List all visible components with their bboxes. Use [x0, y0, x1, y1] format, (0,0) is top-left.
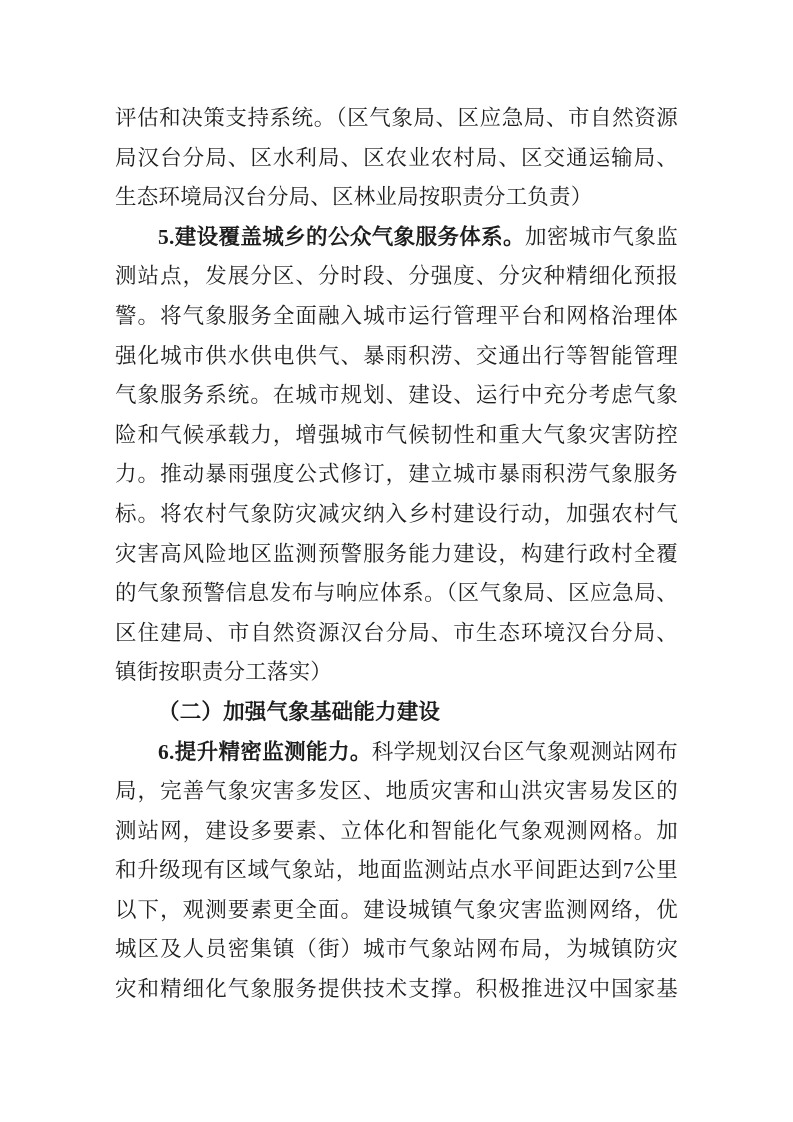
text-line: 6.提升精密监测能力。科学规划汉台区气象观测站网布 — [115, 733, 678, 773]
text-line: 测站点，发展分区、分时段、分强度、分灾种精细化预报预 — [115, 257, 678, 297]
text-line: 区住建局、市自然资源汉台分局、市生态环境汉台分局、各 — [115, 614, 678, 654]
text-segment: 局，完善气象灾害多发区、地质灾害和山洪灾害易发区的观 — [115, 779, 678, 812]
text-segment: 局汉台分局、区水利局、区农业农村局、区交通运输局、市 — [115, 146, 678, 179]
document-page: 评估和决策支持系统。（区气象局、区应急局、市自然资源局汉台分局、区水利局、区农业… — [0, 0, 793, 1122]
text-block: 评估和决策支持系统。（区气象局、区应急局、市自然资源局汉台分局、区水利局、区农业… — [115, 99, 678, 1010]
text-line: 灾害高风险地区监测预警服务能力建设，构建行政村全覆盖 — [115, 535, 678, 575]
text-line: 的气象预警信息发布与响应体系。（区气象局、区应急局、 — [115, 574, 678, 614]
text-line: 险和气候承载力，增强城市气候韧性和重大气象灾害防控能 — [115, 416, 678, 456]
text-segment: 灾害高风险地区监测预警服务能力建设，构建行政村全覆盖 — [115, 542, 678, 575]
text-segment: 测站点，发展分区、分时段、分强度、分灾种精细化预报预 — [115, 264, 678, 297]
text-segment: 城区及人员密集镇（街）城市气象站网布局，为城镇防灾减 — [115, 937, 678, 970]
text-line: 灾和精细化气象服务提供技术支撑。积极推进汉中国家基本 — [115, 970, 678, 1010]
text-line: 警。将气象服务全面融入城市运行管理平台和网格治理体系， — [115, 297, 678, 337]
text-segment: 力。推动暴雨强度公式修订，建立城市暴雨积涝气象服务指 — [115, 462, 678, 495]
text-segment: 科学规划汉台区气象观测站网布 — [372, 740, 678, 764]
text-segment: 评估和决策支持系统。（区气象局、区应急局、市自然资源 — [115, 106, 678, 130]
text-line: 局汉台分局、区水利局、区农业农村局、区交通运输局、市 — [115, 139, 678, 179]
text-line: 5.建设覆盖城乡的公众气象服务体系。加密城市气象监 — [115, 218, 678, 258]
text-line: 城区及人员密集镇（街）城市气象站网布局，为城镇防灾减 — [115, 930, 678, 970]
text-segment: 镇街按职责分工落实） — [115, 660, 332, 684]
text-line: 评估和决策支持系统。（区气象局、区应急局、市自然资源 — [115, 99, 678, 139]
text-segment: 标。将农村气象防灾减灾纳入乡村建设行动，加强农村气象 — [115, 502, 678, 535]
text-line: （二）加强气象基础能力建设 — [115, 693, 678, 733]
text-line: 气象服务系统。在城市规划、建设、运行中充分考虑气象风 — [115, 376, 678, 416]
text-line: 测站网，建设多要素、立体化和智能化气象观测网格。加密 — [115, 812, 678, 852]
text-line: 以下，观测要素更全面。建设城镇气象灾害监测网络，优化 — [115, 891, 678, 931]
text-segment: 灾和精细化气象服务提供技术支撑。积极推进汉中国家基本 — [115, 977, 678, 1010]
text-segment: 区住建局、市自然资源汉台分局、市生态环境汉台分局、各 — [115, 621, 678, 654]
text-segment: 以下，观测要素更全面。建设城镇气象灾害监测网络，优化 — [115, 898, 678, 931]
text-line: 标。将农村气象防灾减灾纳入乡村建设行动，加强农村气象 — [115, 495, 678, 535]
text-segment-bold: （二）加强气象基础能力建设 — [158, 700, 440, 724]
text-segment: 险和气候承载力，增强城市气候韧性和重大气象灾害防控能 — [115, 423, 678, 456]
text-line: 和升级现有区域气象站，地面监测站点水平间距达到7公里 — [115, 851, 678, 891]
text-segment: 生态环境局汉台分局、区林业局按职责分工负责） — [115, 185, 592, 209]
text-segment: 测站网，建设多要素、立体化和智能化气象观测网格。加密 — [115, 819, 678, 852]
text-line: 镇街按职责分工落实） — [115, 653, 678, 693]
text-line: 力。推动暴雨强度公式修订，建立城市暴雨积涝气象服务指 — [115, 455, 678, 495]
text-segment: 警。将气象服务全面融入城市运行管理平台和网格治理体系， — [115, 304, 678, 337]
text-segment: 和升级现有区域气象站，地面监测站点水平间距达到7公里 — [115, 858, 678, 882]
text-segment: 的气象预警信息发布与响应体系。（区气象局、区应急局、 — [115, 581, 678, 605]
text-line: 强化城市供水供电供气、暴雨积涝、交通出行等智能管理的 — [115, 337, 678, 377]
text-segment-bold: 5.建设覆盖城乡的公众气象服务体系。 — [158, 225, 525, 249]
text-segment: 加密城市气象监 — [525, 225, 678, 249]
text-line: 局，完善气象灾害多发区、地质灾害和山洪灾害易发区的观 — [115, 772, 678, 812]
text-segment: 强化城市供水供电供气、暴雨积涝、交通出行等智能管理的 — [115, 344, 678, 377]
text-segment-bold: 6.提升精密监测能力。 — [158, 740, 372, 764]
text-segment: 气象服务系统。在城市规划、建设、运行中充分考虑气象风 — [115, 383, 678, 416]
text-line: 生态环境局汉台分局、区林业局按职责分工负责） — [115, 178, 678, 218]
